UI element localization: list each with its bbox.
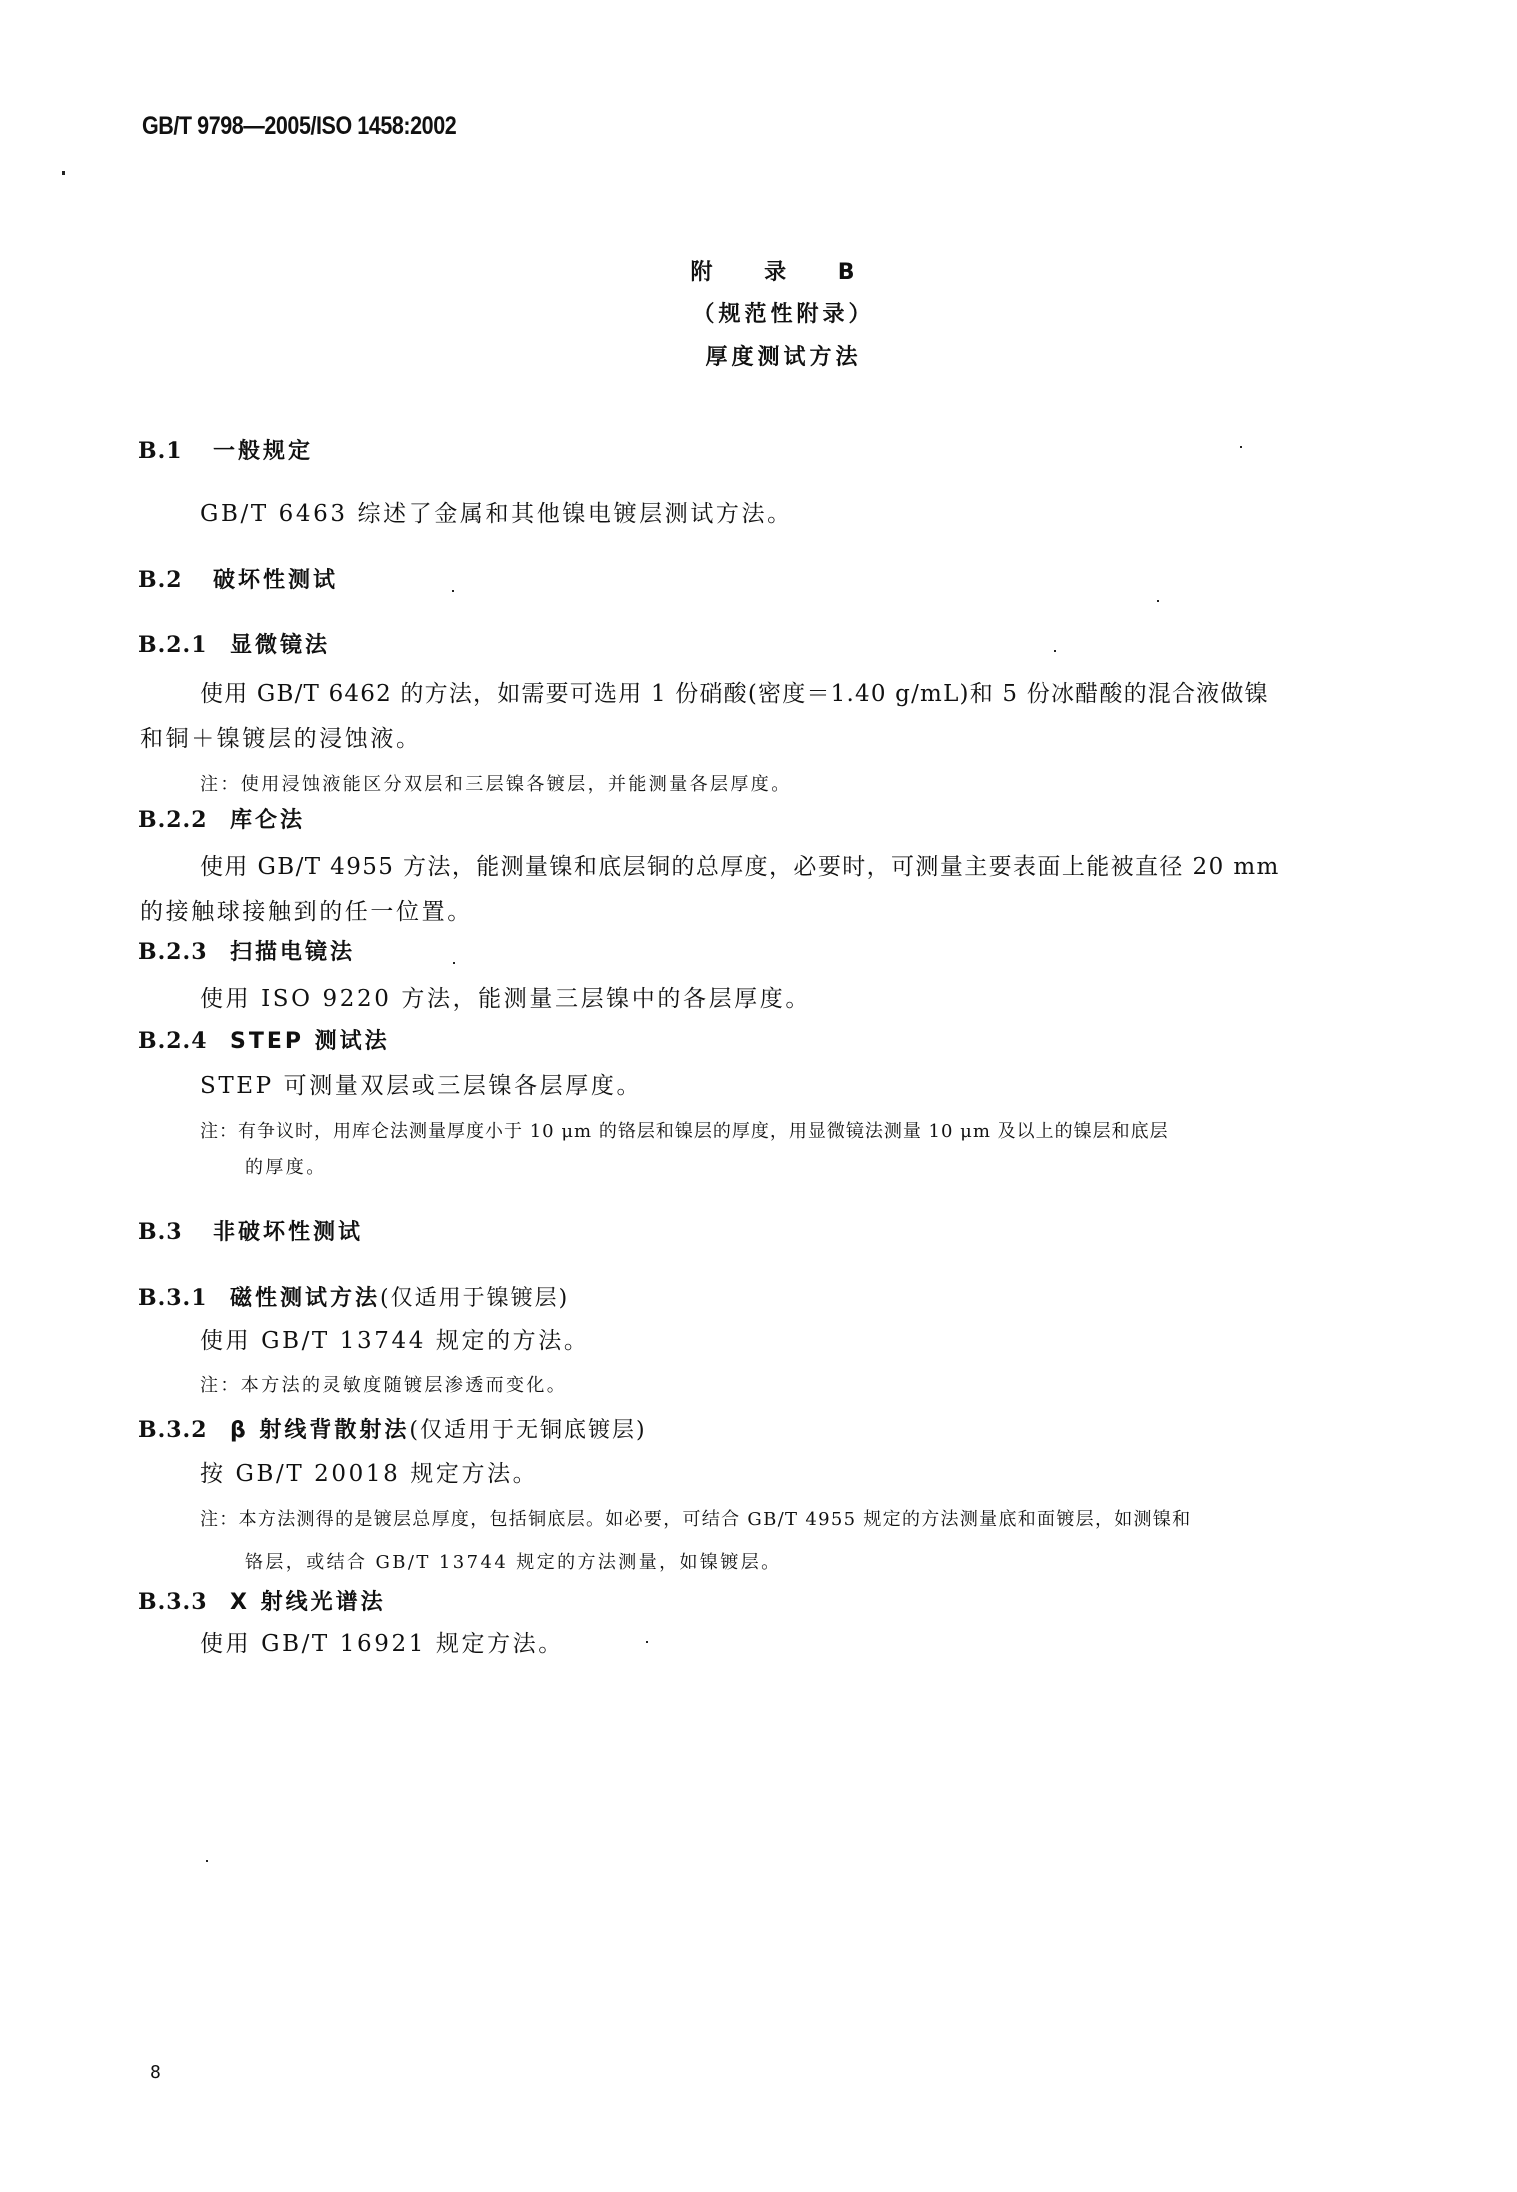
note-b21: 注：使用浸蚀液能区分双层和三层镍各镀层，并能测量各层厚度。 bbox=[200, 776, 792, 794]
section-title: 扫描电镜法 bbox=[230, 940, 355, 965]
scan-speck bbox=[1240, 446, 1242, 448]
note-b24-line2: 的厚度。 bbox=[245, 1159, 327, 1177]
section-number: B.2.3 bbox=[138, 941, 230, 963]
note-b32-line1: 注：本方法测得的是镀层总厚度，包括铜底层。如必要，可结合 GB/T 4955 规… bbox=[200, 1511, 1191, 1529]
document-standard-header: GB/T 9798—2005/ISO 1458:2002 bbox=[142, 114, 456, 139]
section-heading-b23: B.2.3扫描电镜法 bbox=[138, 941, 355, 964]
section-heading-b1: B.1一般规定 bbox=[138, 440, 313, 463]
section-body-b31: 使用 GB/T 13744 规定的方法。 bbox=[200, 1330, 589, 1353]
note-b24-line1: 注：有争议时，用库仑法测量厚度小于 10 μm 的铬层和镍层的厚度，用显微镜法测… bbox=[200, 1123, 1169, 1141]
section-body-b22-line1: 使用 GB/T 4955 方法，能测量镍和底层铜的总厚度，必要时，可测量主要表面… bbox=[200, 856, 1280, 879]
section-heading-b21: B.2.1显微镜法 bbox=[138, 634, 330, 657]
section-body-b1: GB/T 6463 综述了金属和其他镍电镀层测试方法。 bbox=[200, 503, 793, 526]
annex-type: （规范性附录） bbox=[0, 304, 1517, 326]
page-number: 8 bbox=[150, 2064, 161, 2082]
section-body-b32: 按 GB/T 20018 规定方法。 bbox=[200, 1463, 538, 1486]
section-title: 磁性测试方法 bbox=[230, 1286, 380, 1311]
section-body-b33: 使用 GB/T 16921 规定方法。 bbox=[200, 1633, 564, 1656]
section-body-b22-line2: 的接触球接触到的任一位置。 bbox=[140, 901, 473, 924]
section-subtitle: (仅适用于镍镀层) bbox=[380, 1286, 569, 1311]
section-title: 非破坏性测试 bbox=[213, 1220, 363, 1245]
section-number: B.3 bbox=[138, 1221, 213, 1243]
section-title: STEP 测试法 bbox=[230, 1029, 390, 1054]
section-number: B.3.1 bbox=[138, 1287, 230, 1309]
section-heading-b24: B.2.4STEP 测试法 bbox=[138, 1030, 390, 1053]
section-title: β 射线背散射法 bbox=[230, 1418, 409, 1443]
scan-speck bbox=[1054, 650, 1056, 652]
section-number: B.3.3 bbox=[138, 1591, 230, 1613]
section-heading-b22: B.2.2库仑法 bbox=[138, 809, 305, 832]
section-heading-b32: B.3.2β 射线背散射法(仅适用于无铜底镀层) bbox=[138, 1419, 647, 1442]
section-number: B.2 bbox=[138, 569, 213, 591]
section-body-b21-line1: 使用 GB/T 6462 的方法，如需要可选用 1 份硝酸(密度＝1.40 g/… bbox=[200, 683, 1269, 706]
section-number: B.1 bbox=[138, 440, 213, 462]
section-title: 显微镜法 bbox=[230, 633, 330, 658]
section-title: X 射线光谱法 bbox=[230, 1590, 386, 1615]
scan-speck bbox=[453, 962, 455, 964]
section-title: 库仑法 bbox=[230, 808, 305, 833]
section-title: 破坏性测试 bbox=[213, 568, 338, 593]
annex-subject: 厚度测试方法 bbox=[0, 347, 1517, 369]
scan-speck bbox=[1157, 600, 1159, 602]
section-heading-b2: B.2破坏性测试 bbox=[138, 569, 338, 592]
scan-speck bbox=[62, 171, 65, 175]
section-body-b23: 使用 ISO 9220 方法，能测量三层镍中的各层厚度。 bbox=[200, 988, 811, 1011]
scan-speck bbox=[452, 590, 454, 592]
note-b32-line2: 铬层，或结合 GB/T 13744 规定的方法测量，如镍镀层。 bbox=[245, 1554, 782, 1572]
section-number: B.2.4 bbox=[138, 1030, 230, 1052]
section-heading-b3: B.3非破坏性测试 bbox=[138, 1221, 363, 1244]
section-number: B.2.1 bbox=[138, 634, 230, 656]
section-heading-b33: B.3.3X 射线光谱法 bbox=[138, 1591, 386, 1614]
scan-speck bbox=[206, 1860, 208, 1862]
section-subtitle: (仅适用于无铜底镀层) bbox=[409, 1418, 646, 1443]
annex-title: 附 录 B bbox=[0, 262, 1517, 284]
scan-speck bbox=[646, 1641, 648, 1643]
section-body-b24: STEP 可测量双层或三层镍各层厚度。 bbox=[200, 1075, 642, 1098]
note-b31: 注：本方法的灵敏度随镀层渗透而变化。 bbox=[200, 1377, 567, 1395]
section-body-b21-line2: 和铜＋镍镀层的浸蚀液。 bbox=[140, 728, 422, 751]
section-heading-b31: B.3.1磁性测试方法(仅适用于镍镀层) bbox=[138, 1287, 569, 1310]
section-number: B.3.2 bbox=[138, 1419, 230, 1441]
section-number: B.2.2 bbox=[138, 809, 230, 831]
section-title: 一般规定 bbox=[213, 439, 313, 464]
